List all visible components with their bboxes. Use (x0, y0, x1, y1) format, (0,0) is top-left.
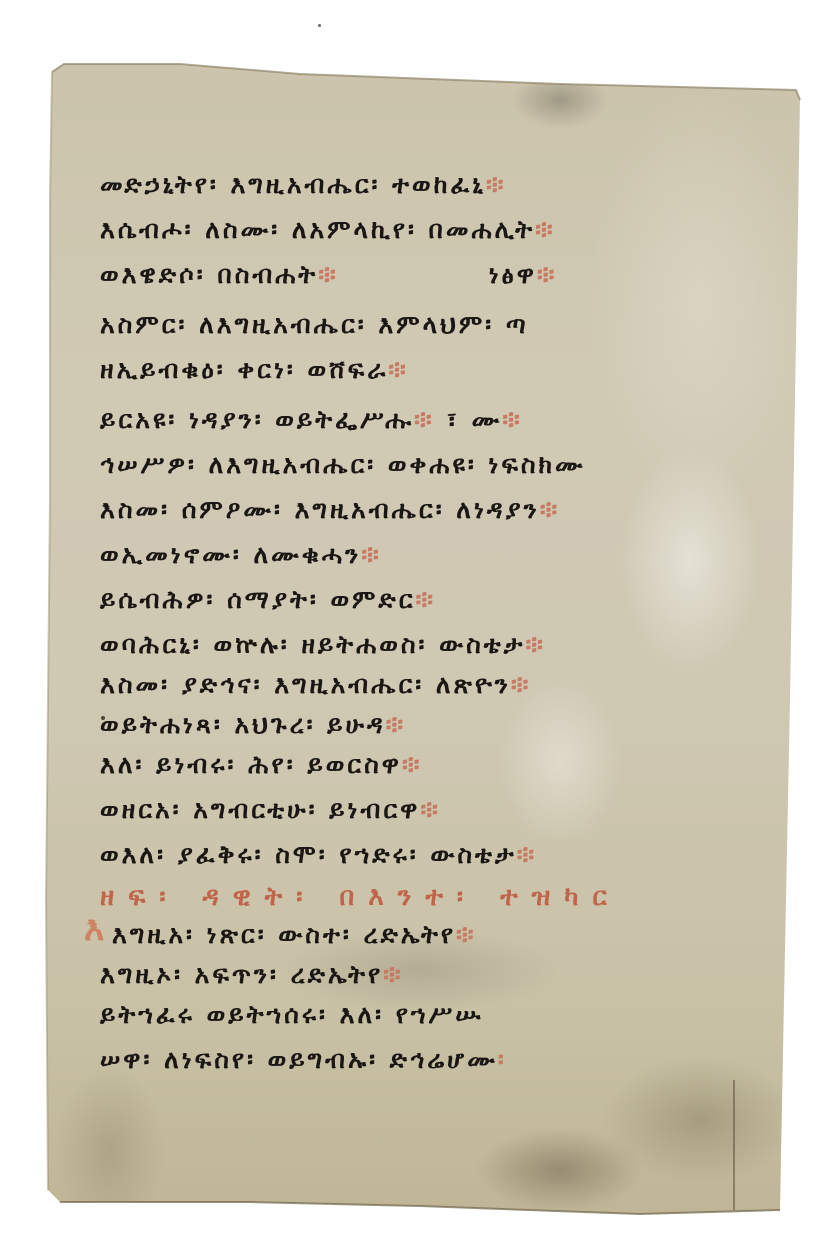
line-tail-text: ነፅዋ (489, 260, 537, 289)
line-text: ዘኢይብቁዕ፡ ቀርነ፡ ወሸፍራ (100, 355, 388, 384)
line-text: ወእለ፡ ያፈቅሩ፡ ስሞ፡ የኀድሩ፡ ውስቴታ (100, 840, 517, 869)
text-line: እግዚኦ፡ አፍጥን፡ ረድኤትየ፨ (100, 960, 404, 990)
line-text: መድኃኒትየ፡ እግዚአብሔር፡ ተወከፈኒ (100, 170, 486, 199)
verse-divider: ፨ (402, 750, 423, 779)
text-line: ወእዌድሶ፡ በስብሐት፨ነፅዋ፨ (100, 260, 557, 290)
text-line: ወእለ፡ ያፈቅሩ፡ ስሞ፡ የኀድሩ፡ ውስቴታ፨ (100, 840, 537, 870)
verse-divider: ፨ (420, 795, 441, 824)
verse-divider: ፡ (498, 1045, 507, 1074)
line-text: ሠዋ፡ ለነፍስየ፡ ወይግብኡ፡ ድኅሬሆሙ (100, 1045, 498, 1074)
text-line: ይትኀፈሩ ወይትኀሰሩ፡ እለ፡ የኀሥሡ (100, 1000, 484, 1030)
verse-divider: ፨ (486, 170, 507, 199)
text-line: እለ፡ ይነብሩ፡ ሕየ፡ ይወርስዋ፨ (100, 750, 423, 780)
verse-divider: ፨ (414, 405, 435, 434)
verse-divider: ፨ (383, 960, 404, 989)
verse-divider: ፨ (511, 670, 532, 699)
line-text: ይሴብሕዎ፡ ሰማያት፡ ወምድር (100, 585, 416, 614)
verse-divider: ፨ (416, 585, 437, 614)
rubric-text: ዘፍ፡ ዳዊት፡ በእንተ፡ ተዝካር (100, 882, 621, 912)
verse-divider: ፨ (525, 630, 546, 659)
verse-divider: ፨ (386, 710, 407, 739)
text-line: ይሴብሕዎ፡ ሰማያት፡ ወምድር፨ (100, 585, 436, 615)
text-line: ወይትሐነጻ፡ አህጉረ፡ ይሁዳ፨ (100, 710, 406, 740)
text-line: ሠዋ፡ ለነፍስየ፡ ወይግብኡ፡ ድኅሬሆሙ፡ (100, 1045, 507, 1075)
verse-divider: ፨ (535, 215, 556, 244)
text-line: እእግዚአ፡ ነጽር፡ ውስተ፡ ረድኤትየ፨ (112, 920, 477, 950)
line-text: እስመ፡ ሰምዖሙ፡ እግዚአብሔር፡ ለነዳያን (100, 495, 540, 524)
line-text: እለ፡ ይነብሩ፡ ሕየ፡ ይወርስዋ (100, 750, 402, 779)
verse-divider: ፨ (537, 260, 558, 289)
line-text: ይትኀፈሩ ወይትኀሰሩ፡ እለ፡ የኀሥሡ (100, 1000, 484, 1029)
verse-divider: ፨ (318, 260, 339, 289)
line-text: ይርአዩ፡ ነዳያን፡ ወይትፌሥሑ (100, 405, 414, 434)
text-line: እስመ፡ ያድኅና፡ እግዚአብሔር፡ ለጽዮን፨ (100, 670, 531, 700)
text-line: ወኢመነኖሙ፡ ለሙቁሓን፨ (100, 540, 382, 570)
verse-divider: ፨ (388, 355, 409, 384)
line-text: እግዚአ፡ ነጽር፡ ውስተ፡ ረድኤትየ (112, 920, 456, 949)
stray-mark (318, 24, 321, 27)
red-initial: እ (84, 914, 107, 944)
text-line: ወባሕርኒ፡ ወኵሉ፡ ዘይትሐወስ፡ ውስቴታ፨ (100, 630, 546, 660)
line-text: እስመ፡ ያድኅና፡ እግዚአብሔር፡ ለጽዮን (100, 670, 511, 699)
text-line: አስምር፡ ለእግዚአብሔር፡ እምላህም፡ ጣ (100, 310, 529, 340)
line-text: አስምር፡ ለእግዚአብሔር፡ እምላህም፡ ጣ (100, 310, 529, 339)
line-tail-text: ፣ ሙ (447, 405, 503, 434)
verse-divider: ፨ (456, 920, 477, 949)
verse-divider: ፨ (517, 840, 538, 869)
text-line: መድኃኒትየ፡ እግዚአብሔር፡ ተወከፈኒ፨ (100, 170, 507, 200)
line-text: ወይትሐነጻ፡ አህጉረ፡ ይሁዳ (100, 710, 386, 739)
verse-divider: ፨ (540, 495, 561, 524)
text-line: ይርአዩ፡ ነዳያን፡ ወይትፌሥሑ፨፣ ሙ፨ (100, 405, 523, 435)
text-line: እሴብሖ፡ ለስሙ፡ ለአምላኪየ፡ በመሐሊት፨ (100, 215, 556, 245)
line-text: ወኢመነኖሙ፡ ለሙቁሓን (100, 540, 361, 569)
text-line: ኅሠሥዎ፡ ለእግዚአብሔር፡ ወቀሐዩ፡ ነፍስክሙ (100, 450, 586, 480)
text-line: ወዘርአ፡ አግብርቲሁ፡ ይነብርዋ፨ (100, 795, 441, 825)
line-text: ወባሕርኒ፡ ወኵሉ፡ ዘይትሐወስ፡ ውስቴታ (100, 630, 525, 659)
line-text: ኅሠሥዎ፡ ለእግዚአብሔር፡ ወቀሐዩ፡ ነፍስክሙ (100, 450, 586, 479)
verse-divider: ፨ (361, 540, 382, 569)
line-text: ወእዌድሶ፡ በስብሐት (100, 260, 318, 289)
verse-divider: ፨ (502, 405, 523, 434)
text-line: ዘኢይብቁዕ፡ ቀርነ፡ ወሸፍራ፨ (100, 355, 409, 385)
rubric-heading: ዘፍ፡ ዳዊት፡ በእንተ፡ ተዝካር (100, 882, 621, 912)
line-text: እግዚኦ፡ አፍጥን፡ ረድኤትየ (100, 960, 383, 989)
ruling-line (733, 1080, 735, 1210)
text-line: እስመ፡ ሰምዖሙ፡ እግዚአብሔር፡ ለነዳያን፨ (100, 495, 560, 525)
line-text: ወዘርአ፡ አግብርቲሁ፡ ይነብርዋ (100, 795, 420, 824)
line-text: እሴብሖ፡ ለስሙ፡ ለአምላኪየ፡ በመሐሊት (100, 215, 535, 244)
